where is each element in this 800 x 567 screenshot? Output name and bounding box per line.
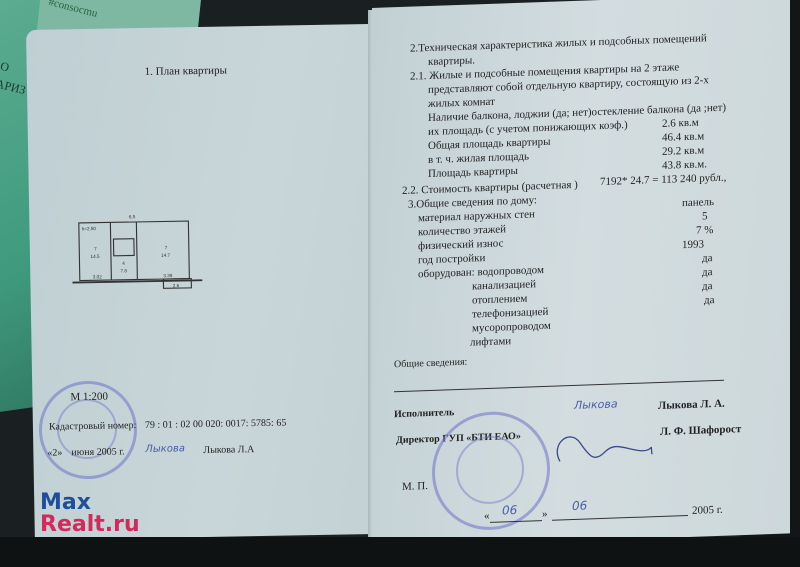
plan-dim-top: 6.5: [129, 214, 136, 219]
section2-title-cont: квартиры.: [428, 54, 475, 68]
date-day-handwritten: 06: [502, 503, 517, 518]
right-page: 2.Техническая характеристика жилых и под…: [372, 0, 790, 548]
plan-room1-width: 3.02: [93, 274, 103, 279]
plan-room3-number: 7: [165, 245, 168, 250]
director-signature: [550, 420, 660, 474]
cost-label: 2.2. Стоимость квартиры (расчетная ): [402, 179, 578, 197]
year-built-label: год постройки: [418, 252, 485, 266]
plan-room2-number: 4: [122, 261, 125, 266]
plan-ceiling: h=2.50: [82, 226, 97, 231]
total-area-label: Общая площадь квартиры: [428, 136, 551, 152]
year-built-value: 1993: [682, 238, 704, 251]
balcony-area-value: 2.6 кв.м: [662, 117, 699, 130]
date-open-quote: «: [484, 510, 490, 522]
apartment-area-label: Площадь квартиры: [428, 165, 518, 180]
date-month-line: [552, 515, 688, 521]
phone-label: телефонизацией: [472, 306, 548, 321]
wear-value: 7 %: [696, 224, 713, 237]
date-month-year: июня 2005 г.: [71, 446, 124, 458]
executor-label: Исполнитель: [394, 407, 454, 420]
garbage-chute-label: мусоропроводом: [472, 320, 551, 335]
plan-room3-area: 14.7: [161, 253, 171, 258]
elevators-label: лифтами: [470, 335, 511, 348]
left-page: 1. План квартиры 6.5 h=2.50 7 14.5 3.02 …: [26, 24, 385, 540]
date-year: 2005 г.: [692, 504, 723, 517]
watermark-line1: Max: [40, 492, 140, 514]
water-value: да: [702, 252, 712, 264]
wear-label: физический износ: [418, 237, 503, 252]
sewage-label: канализацией: [472, 278, 536, 292]
floor-plan: 6.5 h=2.50 7 14.5 3.02 4 7.8 7 14.7 3.39…: [71, 209, 202, 296]
plan-balcony: 2.6: [173, 283, 180, 288]
total-area-value: 46.4 кв.м: [662, 130, 704, 143]
left-signature: Лыкова: [145, 443, 185, 455]
floors-value: 5: [702, 210, 708, 222]
executor-name: Лыкова Л. А.: [658, 398, 725, 412]
scale-label: М 1:200: [70, 391, 108, 404]
plan-room1-area: 14.5: [90, 254, 100, 259]
plan-heading: 1. План квартиры: [145, 65, 227, 78]
left-signer-name: Лыкова Л.А: [203, 444, 254, 456]
dark-surface-bottom: [0, 537, 800, 567]
heating-value: да: [702, 280, 712, 292]
date-day: «2»: [47, 447, 62, 458]
cost-formula: 7192* 24.7 = 113 240 рубл.,: [600, 172, 726, 188]
plan-room1-number: 7: [94, 247, 97, 252]
wall-material-label: материал наружных стен: [418, 208, 535, 224]
general-info-line: [394, 380, 724, 393]
floors-label: количество этажей: [418, 223, 506, 238]
section2-title: 2.Техническая характеристика жилых и под…: [410, 32, 707, 54]
phone-value: да: [704, 294, 714, 306]
mp-label: М. П.: [402, 480, 428, 493]
wall-material-value: панель: [682, 196, 714, 209]
watermark-logo: Max Realt.ru: [40, 492, 140, 536]
heating-label: отоплением: [472, 293, 527, 307]
living-area-label: в т. ч. жилая площадь: [428, 151, 529, 167]
living-area-value: 29.2 кв.м: [662, 144, 704, 157]
director-name: Л. Ф. Шафорост: [660, 423, 741, 438]
watermark-line2: Realt.ru: [40, 514, 140, 536]
apartment-area-value: 43.8 кв.м.: [662, 158, 707, 172]
s21-line3: жилых комнат: [428, 96, 495, 110]
plan-room3-width: 3.39: [163, 273, 173, 278]
general-info-label: Общие сведения:: [394, 357, 467, 371]
cadastral-label: Кадастровый номер:: [49, 420, 137, 433]
executor-signature: Лыкова: [574, 397, 618, 412]
plan-room2-area: 7.8: [120, 268, 127, 273]
date-month-handwritten: 06: [572, 498, 587, 513]
cadastral-number: 79 : 01 : 02 00 020: 0017: 5785: 65: [145, 418, 287, 431]
date-close-quote: »: [542, 508, 548, 520]
sewage-value: да: [702, 266, 712, 278]
